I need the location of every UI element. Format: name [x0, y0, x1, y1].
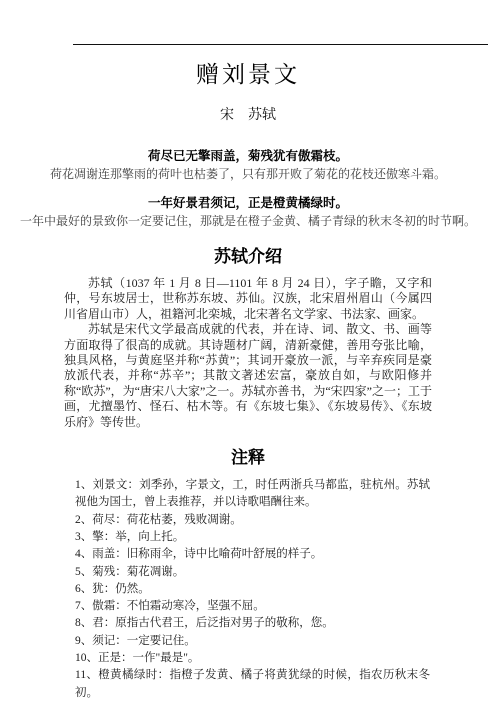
intro-paragraph-1: 苏轼（1037 年 1 月 8 日—1101 年 8 月 24 日），字子瞻，又… — [64, 276, 432, 322]
intro-heading: 苏轼介绍 — [0, 246, 496, 268]
verse-group-2: 一年好景君须记，正是橙黄橘绿时。 一年中最好的景致你一定要记住，那就是在橙子金黄… — [0, 195, 496, 229]
note-item-8: 8、君：原指古代君王，后泛指对男子的敬称，您。 — [75, 615, 430, 632]
note-item-3: 3、擎：举，向上托。 — [75, 529, 430, 546]
note-item-2: 2、荷尽：荷花枯萎，残败凋谢。 — [75, 512, 430, 529]
note-item-10: 10、正是：一作"最是"。 — [75, 650, 430, 667]
note-item-9: 9、须记：一定要记住。 — [75, 633, 430, 650]
note-item-11: 11、橙黄橘绿时：指橙子发黄、橘子将黄犹绿的时候，指农历秋末冬初。 — [75, 667, 430, 702]
document-page: 赠刘景文 宋 苏轼 荷尽已无擎雨盖，菊残犹有傲霜枝。 荷花凋谢连那擎雨的荷叶也枯… — [0, 0, 496, 702]
verse-translation: 一年中最好的景致你一定要记住，那就是在橙子金黄、橘子青绿的秋末冬初的时节啊。 — [0, 213, 496, 229]
notes-list: 1、刘景文：刘季孙，字景文，工，时任两浙兵马都监，驻杭州。苏轼视他为国士，曾上表… — [75, 477, 430, 702]
note-item-7: 7、傲霜：不怕霜动寒冷，坚强不屈。 — [75, 598, 430, 615]
note-item-4: 4、雨盖：旧称雨伞，诗中比喻荷叶舒展的样子。 — [75, 546, 430, 563]
poem-author: 宋 苏轼 — [0, 104, 496, 124]
notes-heading: 注释 — [0, 447, 496, 469]
note-item-6: 6、犹：仍然。 — [75, 581, 430, 598]
poem-body: 荷尽已无擎雨盖，菊残犹有傲霜枝。 荷花凋谢连那擎雨的荷叶也枯萎了，只有那开败了菊… — [0, 148, 496, 229]
note-item-1: 1、刘景文：刘季孙，字景文，工，时任两浙兵马都监，驻杭州。苏轼视他为国士，曾上表… — [75, 477, 430, 512]
verse-line: 荷尽已无擎雨盖，菊残犹有傲霜枝。 — [0, 148, 496, 164]
note-item-5: 5、菊残：菊花凋谢。 — [75, 564, 430, 581]
verse-group-1: 荷尽已无擎雨盖，菊残犹有傲霜枝。 荷花凋谢连那擎雨的荷叶也枯萎了，只有那开败了菊… — [0, 148, 496, 182]
intro-paragraph-2: 苏轼是宋代文学最高成就的代表，并在诗、词、散文、书、画等方面取得了很高的成就。其… — [64, 322, 432, 430]
verse-line: 一年好景君须记，正是橙黄橘绿时。 — [0, 195, 496, 211]
page-top-rule — [73, 44, 488, 45]
verse-translation: 荷花凋谢连那擎雨的荷叶也枯萎了，只有那开败了菊花的花枝还傲寒斗霜。 — [0, 166, 496, 182]
